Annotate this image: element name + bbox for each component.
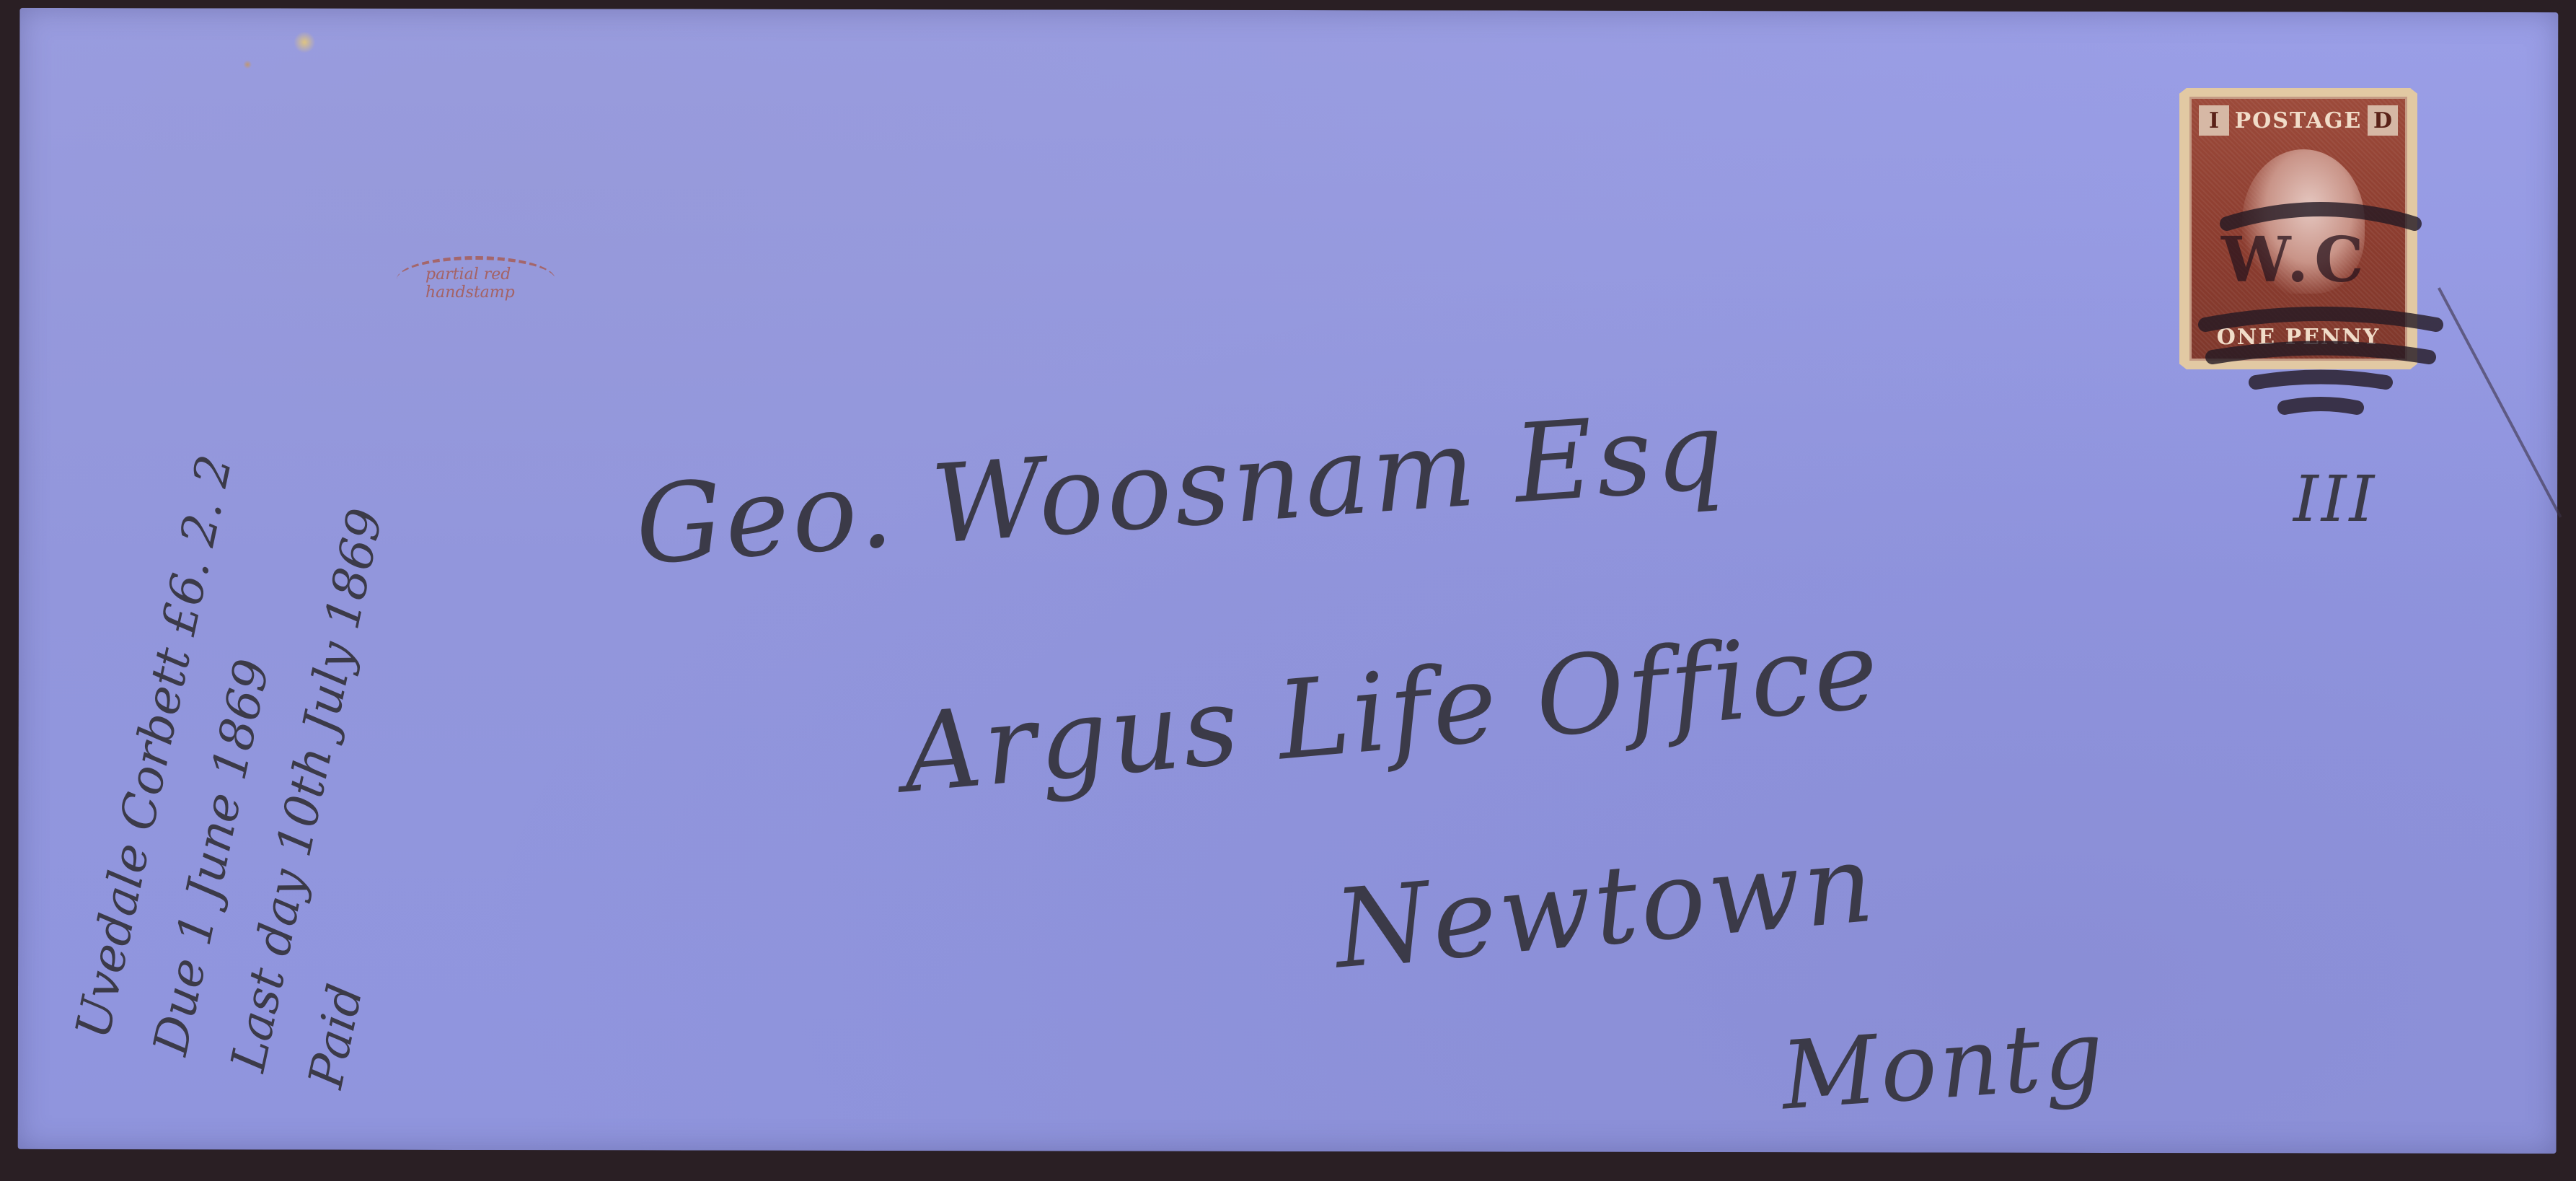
cancel-text: W.C	[2221, 224, 2370, 297]
corner-letter-top-right: D	[2368, 105, 2398, 136]
red-handstamp: partial red handstamp	[397, 256, 555, 303]
address-line-4: Montg	[1778, 998, 2109, 1130]
red-handstamp-text: partial red handstamp	[425, 265, 555, 302]
tally-mark: III	[2293, 462, 2377, 536]
foxing-spot	[294, 32, 315, 53]
stamp-top-label: POSTAGE	[2235, 108, 2363, 133]
stamp-bottom-label: ONE PENNY	[2217, 325, 2381, 350]
corner-letter-top-left: I	[2199, 105, 2229, 136]
foxing-spot	[243, 60, 252, 69]
